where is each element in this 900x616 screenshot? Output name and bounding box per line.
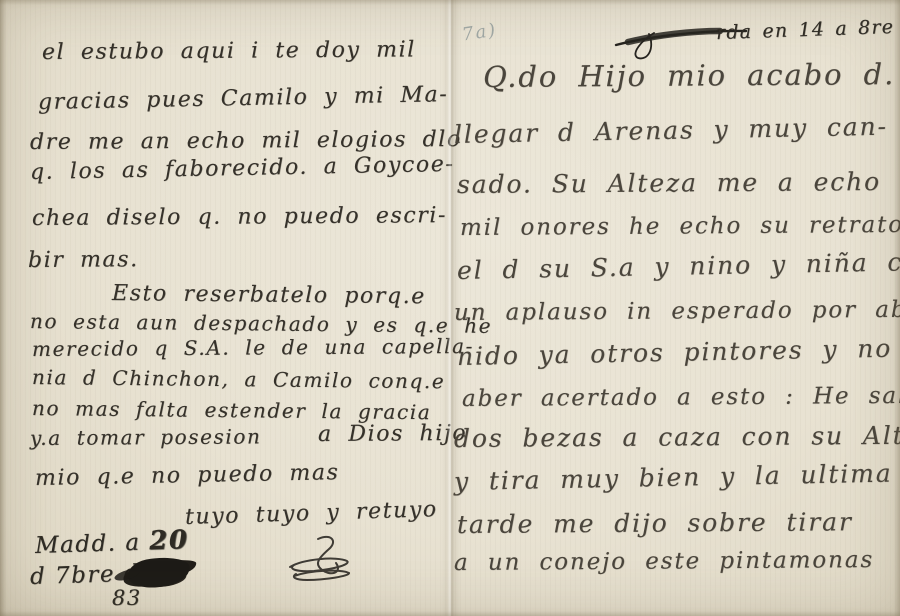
letter-line: no mas falta estender la gracia xyxy=(32,396,432,424)
letter-line: gracias pues Camilo y mi Ma- xyxy=(38,82,449,115)
letter-line: llegar d Arenas y muy can- xyxy=(454,112,888,149)
letter-line: el estubo aqui i te doy mil xyxy=(42,37,416,65)
letter-line: merecido q S.A. le de una capella- xyxy=(32,334,474,361)
letter-line: Q.do Hijo mio acabo d. xyxy=(483,57,895,94)
dateline: Madd. a 20 xyxy=(35,525,189,560)
signature-rubric-icon xyxy=(283,532,355,590)
letter-line: Esto reserbatelo porq.e xyxy=(112,281,426,309)
letter-line: mil onores he echo su retrato xyxy=(460,212,900,241)
pencil-folio-annotation: 7a) xyxy=(461,19,499,45)
dateline-day: 20 xyxy=(149,525,189,556)
letter-line: nido ya otros pintores y no xyxy=(457,334,893,371)
letter-line: a Dios hijo xyxy=(318,421,467,447)
letter-page-left: el estubo aqui i te doy mil gracias pues… xyxy=(0,0,450,616)
letter-line: un aplauso in esperado por aber xyxy=(454,297,900,326)
letter-line: el d su S.a y nino y niña con xyxy=(457,247,900,285)
dateline-year: 83 xyxy=(112,586,142,610)
letter-line: a un conejo este pintamonas xyxy=(454,547,874,576)
letter-line: sado. Su Alteza me a echo xyxy=(457,167,881,199)
manuscript-scan: el estubo aqui i te doy mil gracias pues… xyxy=(0,0,900,616)
letter-line: mio q.e no puedo mas xyxy=(35,460,340,491)
letter-page-right: 7a) rda en 14 a 8re Q.do Hijo mio acabo … xyxy=(450,0,900,616)
letter-line: dre me an echo mil elogios dlo xyxy=(30,127,462,155)
letter-line: bir mas. xyxy=(28,247,139,273)
letter-line: y.a tomar posesion xyxy=(30,424,262,450)
letter-line: dos bezas a caza con su Alt.a xyxy=(454,421,900,453)
letter-line: y tira muy bien y la ultima xyxy=(454,459,893,496)
letter-line: tarde me dijo sobre tirar xyxy=(457,507,853,539)
letter-line: aber acertado a esto : He salido xyxy=(462,383,900,412)
letter-closing-line: tuyo tuyo y retuyo xyxy=(185,497,438,530)
letter-line: chea diselo q. no puedo escri- xyxy=(32,203,447,231)
letter-line: q. los as faborecido. a Goycoe- xyxy=(30,152,455,185)
letter-line: nia d Chinchon, a Camilo conq.e xyxy=(32,365,446,393)
dateline-place: Madd. a xyxy=(35,530,141,559)
